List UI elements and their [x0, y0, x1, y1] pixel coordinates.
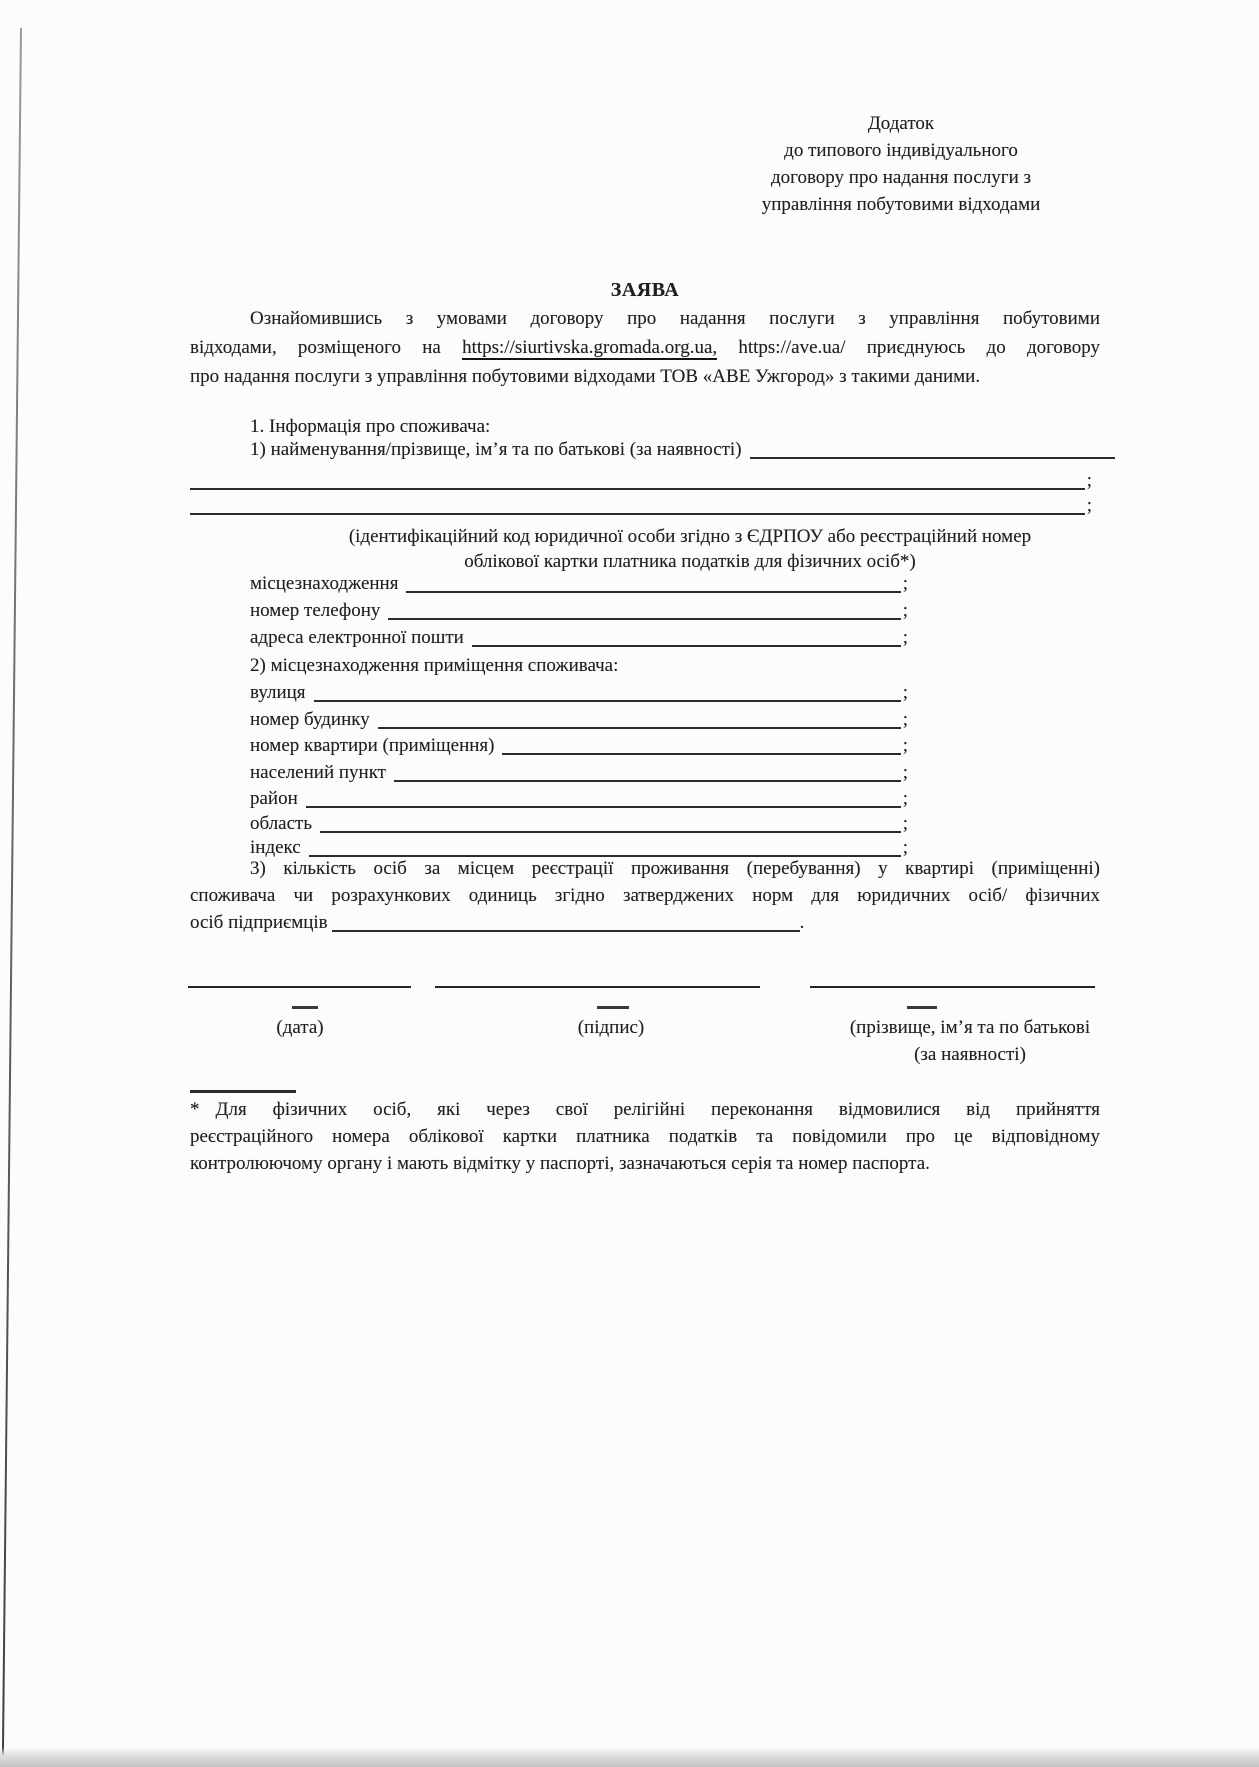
scan-bottom-edge	[0, 1747, 1259, 1767]
scanned-document-page: Додаток до типового індивідуального дого…	[0, 0, 1259, 1767]
footnote-line-1: *Для фізичних осіб, які через свої реліг…	[190, 1096, 1100, 1123]
signature-line-sign	[435, 986, 760, 988]
field-label: місцезнаходження	[250, 572, 398, 596]
name-label-line-2: (за наявності)	[790, 1041, 1150, 1068]
blank-line-1-rule	[190, 474, 1085, 490]
annex-line: до типового індивідуального	[712, 137, 1090, 164]
annex-line: управління побутовими відходами	[712, 191, 1090, 218]
field-line	[306, 792, 901, 808]
field-row-region: область ;	[250, 812, 908, 836]
count-line-1: 3) кількість осіб за місцем реєстрації п…	[190, 855, 1100, 882]
name-field-row: 1) найменування/прізвище, ім’я та по бат…	[250, 438, 1115, 462]
intro-paragraph: Ознайомившись з умовами договору про над…	[190, 304, 1100, 391]
intro-text: приєднуюсь до договору	[867, 337, 1100, 358]
signature-line-name	[810, 986, 1095, 988]
count-line-3: осіб підприємців .	[190, 909, 1100, 936]
footnote-line-3: контролюючому органу і мають відмітку у …	[190, 1150, 1100, 1177]
annex-line: Додаток	[712, 110, 1090, 137]
footnote-marker: *	[190, 1099, 200, 1120]
overline-dash-1	[292, 1006, 318, 1009]
field-row-location: місцезнаходження ;	[250, 572, 908, 596]
blank-line-1-semicolon: ;	[1087, 469, 1092, 493]
count-period: .	[800, 909, 805, 936]
field-label: номер будинку	[250, 708, 370, 732]
url-ave: https://ave.ua/	[738, 337, 845, 358]
count-label: осіб підприємців	[190, 909, 328, 936]
intro-line-1: Ознайомившись з умовами договору про над…	[190, 304, 1100, 333]
intro-line-2: відходами, розміщеного на https://siurti…	[190, 333, 1100, 362]
field-semicolon: ;	[903, 626, 908, 650]
field-label: адреса електронної пошти	[250, 626, 464, 650]
field-line	[388, 604, 900, 620]
field-line	[406, 577, 900, 593]
overline-dash-2	[597, 1006, 629, 1009]
count-fill-line	[332, 930, 800, 932]
signature-line-date	[188, 986, 411, 988]
field-semicolon: ;	[903, 708, 908, 732]
annex-line: договору про надання послуги з	[712, 164, 1090, 191]
paper-edge-line	[2, 28, 22, 1767]
intro-text: відходами, розміщеного на	[190, 337, 441, 358]
blank-line-2-rule	[190, 499, 1085, 515]
field-label: район	[250, 787, 298, 811]
field-label: номер телефону	[250, 599, 380, 623]
id-code-note-line-2: облікової картки платника податків для ф…	[250, 549, 1130, 574]
field-semicolon: ;	[903, 599, 908, 623]
field-label: область	[250, 812, 312, 836]
name-label-line-1: (прізвище, ім’я та по батькові	[790, 1014, 1150, 1041]
field-semicolon: ;	[903, 734, 908, 758]
footnote-text: Для фізичних осіб, які через свої релігі…	[216, 1099, 1101, 1120]
field-line	[378, 713, 901, 729]
field-label: вулиця	[250, 681, 306, 705]
intro-line-3: про надання послуги з управління побутов…	[190, 362, 1100, 391]
field-semicolon: ;	[903, 681, 908, 705]
field-line	[394, 766, 901, 782]
blank-line-1: ;	[190, 469, 1092, 493]
name-label: (прізвище, ім’я та по батькові (за наявн…	[790, 1014, 1150, 1068]
premises-heading: 2) місцезнаходження приміщення споживача…	[250, 653, 618, 679]
field-line	[314, 686, 901, 702]
name-field-line	[750, 443, 1115, 459]
annex-header: Додаток до типового індивідуального дого…	[712, 110, 1090, 218]
field-row-district: район ;	[250, 787, 908, 811]
footnote: *Для фізичних осіб, які через свої реліг…	[190, 1096, 1100, 1177]
id-code-note-line-1: (ідентифікаційний код юридичної особи зг…	[250, 524, 1130, 549]
field-row-phone: номер телефону ;	[250, 599, 908, 623]
name-field-label: 1) найменування/прізвище, ім’я та по бат…	[250, 438, 742, 462]
field-row-street: вулиця ;	[250, 681, 908, 705]
field-semicolon: ;	[903, 787, 908, 811]
field-semicolon: ;	[903, 761, 908, 785]
field-row-building: номер будинку ;	[250, 708, 908, 732]
footnote-separator	[190, 1090, 296, 1093]
date-label: (дата)	[230, 1014, 370, 1041]
field-semicolon: ;	[903, 572, 908, 596]
field-label: населений пункт	[250, 761, 386, 785]
footnote-line-2: реєстраційного номера облікової картки п…	[190, 1123, 1100, 1150]
field-label: номер квартири (приміщення)	[250, 734, 494, 758]
url-siurtivska-gromada: https://siurtivska.gromada.org.ua,	[462, 337, 717, 360]
field-line	[320, 817, 901, 833]
section-1-heading: 1. Інформація про споживача:	[250, 414, 490, 440]
document-title: ЗАЯВА	[190, 279, 1100, 302]
field-row-apartment: номер квартири (приміщення) ;	[250, 734, 908, 758]
overline-dash-3	[907, 1006, 937, 1009]
blank-line-2-semicolon: ;	[1087, 494, 1092, 518]
field-row-settlement: населений пункт ;	[250, 761, 908, 785]
count-clause: 3) кількість осіб за місцем реєстрації п…	[190, 855, 1100, 936]
sign-label: (підпис)	[541, 1014, 681, 1041]
field-line	[472, 631, 901, 647]
field-line	[502, 739, 900, 755]
field-semicolon: ;	[903, 812, 908, 836]
blank-line-2: ;	[190, 494, 1092, 518]
count-line-2: споживача чи розрахункових одиниць згідн…	[190, 882, 1100, 909]
field-row-email: адреса електронної пошти ;	[250, 626, 908, 650]
